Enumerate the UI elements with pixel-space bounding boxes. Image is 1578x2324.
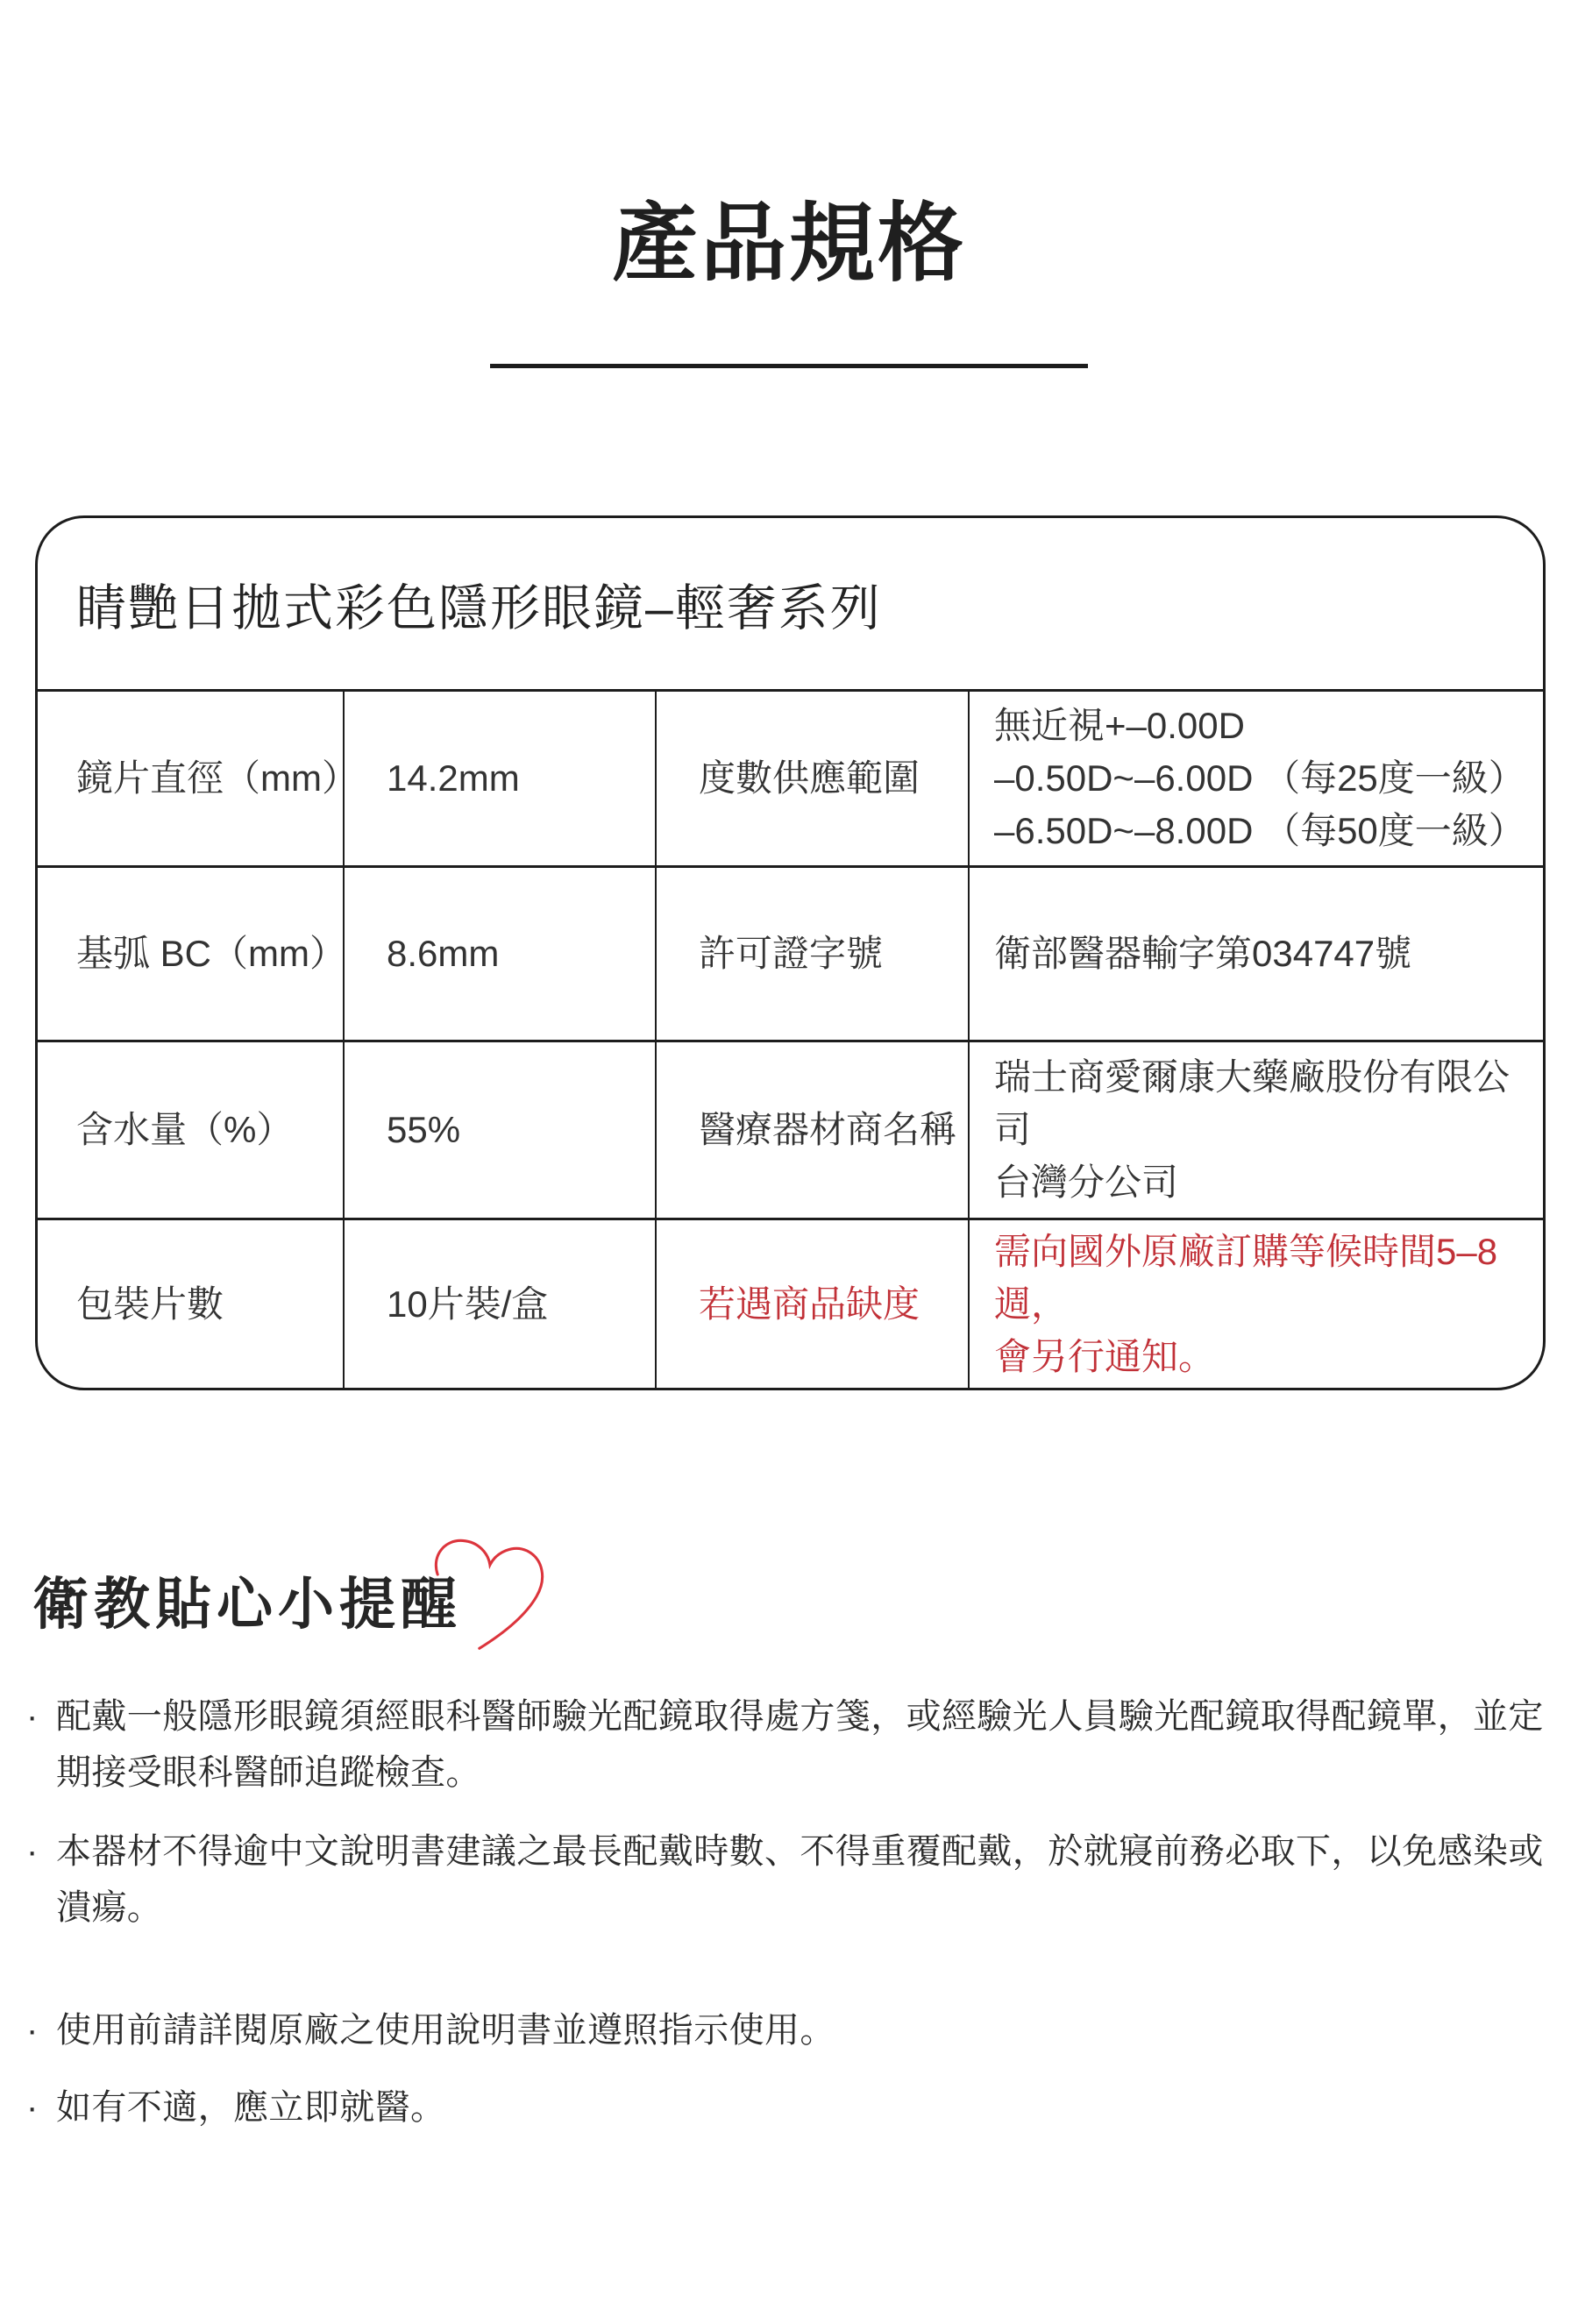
notice-bullet-3: · 使用前請詳閱原廠之使用說明書並遵照指示使用。 (26, 2002, 1548, 2058)
table-title: 睛艷日拋式彩色隱形眼鏡–輕奢系列 (38, 518, 1543, 692)
notice-bullet-2-text: 本器材不得逾中文說明書建議之最長配戴時數、不得重覆配戴，於就寢前務必取下，以免感… (56, 1823, 1544, 1936)
spec-value-base-curve: 8.6mm (345, 868, 657, 1042)
bullet-dot: · (26, 2079, 56, 2136)
health-notice-heading: 衛教貼心小提醒 (32, 1571, 462, 1638)
spec-value-out-of-stock: 需向國外原廠訂購等候時間5–8週， 會另行通知。 (970, 1220, 1543, 1388)
notice-bullet-4-text: 如有不適，應立即就醫。 (56, 2079, 445, 2136)
spec-value-vendor-name: 瑞士商愛爾康大藥廠股份有限公司 台灣分公司 (970, 1042, 1543, 1220)
spec-label-power-range: 度數供應範圍 (657, 692, 970, 868)
bullet-dot: · (26, 1688, 56, 1745)
spec-label-base-curve: 基弧 BC（mm） (38, 868, 345, 1042)
bullet-dot: · (26, 1823, 56, 1880)
notice-bullet-1-text: 配戴一般隱形眼鏡須經眼科醫師驗光配鏡取得處方箋，或經驗光人員驗光配鏡取得配鏡單，… (56, 1688, 1544, 1801)
notice-bullet-4: · 如有不適，應立即就醫。 (26, 2079, 1548, 2136)
spec-value-license-number: 衛部醫器輸字第034747號 (970, 868, 1543, 1042)
notice-bullet-2: · 本器材不得逾中文說明書建議之最長配戴時數、不得重覆配戴，於就寢前務必取下，以… (26, 1823, 1548, 1936)
page-title: 產品規格 (0, 196, 1578, 291)
notice-bullet-1: · 配戴一般隱形眼鏡須經眼科醫師驗光配鏡取得處方箋，或經驗光人員驗光配鏡取得配鏡… (26, 1688, 1548, 1801)
spec-label-out-of-stock: 若遇商品缺度 (657, 1220, 970, 1388)
spec-label-water-content: 含水量（%） (38, 1042, 345, 1220)
title-underline (490, 364, 1088, 368)
spec-value-pack-quantity: 10片裝/盒 (345, 1220, 657, 1388)
spec-value-water-content: 55% (345, 1042, 657, 1220)
product-spec-table: 睛艷日拋式彩色隱形眼鏡–輕奢系列 鏡片直徑（mm） 14.2mm 度數供應範圍 … (35, 515, 1546, 1390)
spec-value-lens-diameter: 14.2mm (345, 692, 657, 868)
spec-value-power-range: 無近視+–0.00D –0.50D~–6.00D （每25度一級） –6.50D… (970, 692, 1543, 868)
spec-label-vendor-name: 醫療器材商名稱 (657, 1042, 970, 1220)
bullet-dot: · (26, 2002, 56, 2058)
notice-bullet-3-text: 使用前請詳閱原廠之使用說明書並遵照指示使用。 (56, 2002, 835, 2058)
heart-icon (419, 1533, 554, 1661)
spec-label-pack-quantity: 包裝片數 (38, 1220, 345, 1388)
spec-label-lens-diameter: 鏡片直徑（mm） (38, 692, 345, 868)
spec-label-license-number: 許可證字號 (657, 868, 970, 1042)
